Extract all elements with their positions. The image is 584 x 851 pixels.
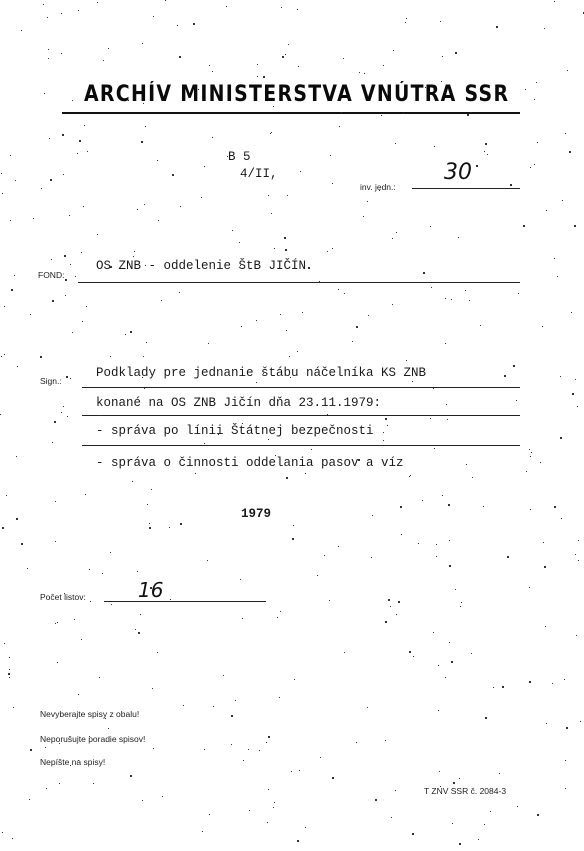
scan-speck: [434, 146, 435, 147]
scan-speck: [466, 464, 467, 465]
sign-line-3: - správa po línii Štátnej bezpečnosti: [96, 424, 374, 438]
scan-speck: [289, 373, 290, 374]
scan-speck: [447, 419, 448, 420]
scan-speck: [504, 375, 506, 377]
scan-speck: [209, 814, 210, 815]
scan-speck: [442, 495, 443, 496]
scan-speck: [359, 72, 360, 73]
scan-speck: [542, 326, 543, 327]
sheet-count-rule: [104, 601, 266, 602]
scan-speck: [529, 587, 530, 588]
scan-speck: [544, 566, 546, 568]
scan-speck: [72, 100, 73, 101]
scan-speck: [70, 765, 71, 766]
scan-speck: [543, 542, 544, 543]
scan-speck: [467, 114, 469, 116]
scan-speck: [356, 742, 357, 743]
scan-speck: [471, 653, 472, 654]
scan-speck: [398, 601, 400, 603]
scan-speck: [48, 58, 49, 59]
scan-speck: [564, 679, 565, 680]
scan-speck: [441, 81, 442, 82]
scan-speck: [406, 360, 407, 361]
scan-speck: [282, 88, 283, 89]
scan-speck: [546, 723, 547, 724]
scan-speck: [82, 321, 83, 322]
scan-speck: [438, 710, 439, 711]
scan-speck: [338, 546, 339, 547]
scan-speck: [406, 18, 407, 19]
scan-speck: [204, 749, 205, 750]
scan-speck: [436, 556, 437, 557]
scan-speck: [213, 706, 214, 707]
scan-speck: [422, 500, 423, 501]
scan-speck: [2, 527, 4, 529]
scan-speck: [108, 48, 109, 49]
scan-speck: [99, 677, 100, 678]
scan-speck: [554, 258, 555, 259]
scan-speck: [545, 626, 546, 627]
scan-speck: [571, 312, 572, 313]
scan-speck: [67, 416, 68, 417]
scan-speck: [297, 840, 299, 842]
scan-speck: [525, 89, 526, 90]
scan-speck: [438, 665, 439, 666]
scan-speck: [317, 575, 318, 576]
scan-speck: [29, 799, 30, 800]
sheet-count-value: 16: [138, 578, 163, 602]
scan-speck: [273, 106, 274, 107]
scan-speck: [332, 777, 334, 779]
scan-speck: [9, 669, 10, 670]
scan-speck: [292, 538, 294, 540]
scan-speck: [444, 177, 445, 178]
scan-speck: [87, 151, 88, 152]
scan-speck: [105, 718, 106, 719]
scan-speck: [17, 366, 18, 367]
scan-speck: [430, 418, 431, 419]
scan-speck: [204, 443, 205, 444]
scan-speck: [485, 717, 487, 719]
scan-speck: [27, 568, 28, 569]
scan-speck: [393, 50, 394, 51]
scan-speck: [372, 515, 373, 516]
sign-rule-1: [82, 387, 520, 388]
scan-speck: [84, 125, 85, 126]
scan-speck: [61, 13, 62, 14]
scan-speck: [231, 744, 232, 745]
scan-speck: [266, 742, 267, 743]
scan-speck: [324, 555, 325, 556]
scan-speck: [125, 334, 126, 335]
scan-speck: [330, 155, 331, 156]
scan-speck: [484, 824, 485, 825]
scan-speck: [281, 7, 282, 8]
scan-speck: [294, 679, 295, 680]
scan-speck: [63, 406, 64, 407]
scan-speck: [566, 727, 568, 729]
scan-speck: [451, 299, 452, 300]
scan-speck: [53, 380, 54, 381]
scan-speck: [241, 326, 242, 327]
scan-speck: [46, 788, 47, 789]
scan-speck: [243, 760, 244, 761]
scan-speck: [59, 783, 60, 784]
scan-speck: [133, 256, 134, 257]
scan-speck: [401, 534, 402, 535]
scan-speck: [396, 232, 397, 233]
scan-speck: [299, 770, 300, 771]
scan-speck: [180, 523, 182, 525]
scan-speck: [425, 87, 426, 88]
scan-speck: [458, 237, 459, 238]
scan-speck: [52, 300, 54, 302]
scan-speck: [240, 265, 241, 266]
scan-speck: [291, 771, 292, 772]
scan-speck: [235, 700, 236, 701]
scan-speck: [436, 544, 437, 545]
scan-speck: [208, 343, 209, 344]
scan-speck: [257, 76, 258, 77]
scan-speck: [392, 304, 393, 305]
scan-speck: [557, 276, 558, 277]
scan-speck: [375, 799, 377, 801]
scan-speck: [523, 225, 525, 227]
scan-speck: [144, 388, 145, 389]
scan-speck: [61, 53, 62, 54]
scan-speck: [537, 814, 539, 816]
form-code: T ZNV SSR č. 2084-3: [424, 786, 506, 796]
scan-speck: [4, 354, 5, 355]
scan-speck: [162, 796, 163, 797]
scan-speck: [212, 137, 213, 138]
scan-speck: [405, 22, 406, 23]
scan-speck: [440, 21, 441, 22]
scan-speck: [1, 173, 2, 174]
scan-speck: [146, 342, 147, 343]
scan-speck: [368, 315, 369, 316]
scan-speck: [81, 252, 82, 253]
scan-speck: [526, 471, 527, 472]
scan-speck: [132, 481, 133, 482]
scan-speck: [204, 166, 205, 167]
scan-speck: [142, 43, 143, 44]
scan-speck: [387, 425, 388, 426]
scan-speck: [66, 376, 68, 378]
scan-speck: [147, 504, 148, 505]
scan-speck: [343, 58, 344, 59]
scan-speck: [93, 783, 94, 784]
scan-speck: [279, 697, 280, 698]
scan-speck: [267, 822, 268, 823]
scan-speck: [263, 373, 264, 374]
scan-speck: [544, 28, 545, 29]
scan-speck: [385, 740, 386, 741]
scan-speck: [453, 782, 455, 784]
scan-speck: [79, 140, 81, 142]
scan-speck: [153, 748, 154, 749]
scan-speck: [212, 71, 213, 72]
scan-speck: [102, 573, 103, 574]
scan-speck: [565, 788, 566, 789]
scan-speck: [4, 306, 5, 307]
scan-speck: [141, 141, 143, 143]
scan-speck: [137, 209, 138, 210]
scan-speck: [383, 432, 384, 433]
fond-label: FOND:: [38, 270, 64, 280]
scan-speck: [433, 388, 434, 389]
scan-speck: [268, 195, 269, 196]
scan-speck: [451, 661, 453, 663]
scan-speck: [45, 747, 46, 748]
scan-speck: [108, 728, 109, 729]
scan-speck: [70, 264, 71, 265]
scan-speck: [63, 174, 64, 175]
instruction-3: Nepíšte na spisy!: [40, 757, 105, 767]
scan-speck: [455, 52, 457, 54]
scan-speck: [572, 393, 574, 395]
scan-speck: [412, 381, 413, 382]
scan-speck: [320, 757, 321, 758]
scan-speck: [157, 160, 158, 161]
scan-speck: [11, 289, 13, 291]
scan-speck: [431, 287, 432, 288]
scan-speck: [40, 356, 42, 358]
scan-speck: [507, 556, 509, 558]
scan-speck: [499, 773, 500, 774]
scan-speck: [395, 143, 396, 144]
scan-speck: [90, 601, 91, 602]
scan-speck: [268, 736, 270, 738]
scan-speck: [540, 462, 541, 463]
scan-speck: [560, 437, 562, 439]
scan-speck: [85, 494, 86, 495]
scan-speck: [263, 76, 265, 78]
scan-speck: [248, 749, 249, 750]
scan-speck: [352, 341, 353, 342]
scan-speck: [561, 518, 562, 519]
scan-speck: [240, 579, 241, 580]
scan-speck: [55, 623, 56, 624]
scan-speck: [135, 629, 136, 630]
scan-speck: [289, 356, 290, 357]
scan-speck: [367, 707, 368, 708]
scan-speck: [319, 281, 320, 282]
scan-speck: [445, 298, 446, 299]
scan-speck: [157, 652, 158, 653]
scan-speck: [297, 9, 298, 10]
scan-speck: [207, 560, 208, 561]
scan-speck: [460, 606, 461, 607]
scan-speck: [226, 6, 227, 7]
scan-speck: [128, 100, 129, 101]
scan-speck: [284, 237, 286, 239]
scan-speck: [51, 259, 52, 260]
inventory-label: inv. jedn.:: [360, 182, 396, 192]
scan-speck: [344, 652, 345, 653]
scan-speck: [6, 495, 7, 496]
scan-speck: [4, 643, 5, 644]
scan-speck: [142, 800, 143, 801]
scan-speck: [150, 587, 152, 589]
scan-speck: [400, 506, 402, 508]
scan-speck: [274, 802, 275, 803]
scan-speck: [161, 300, 162, 301]
scan-speck: [580, 721, 581, 722]
scan-speck: [74, 619, 75, 620]
scan-speck: [510, 184, 512, 186]
scan-speck: [151, 489, 152, 490]
scan-speck: [423, 272, 425, 274]
scan-speck: [144, 204, 145, 205]
scan-speck: [290, 377, 291, 378]
scan-speck: [513, 365, 515, 367]
scan-speck: [43, 4, 44, 5]
scan-speck: [193, 23, 195, 25]
scan-speck: [569, 151, 571, 153]
scan-speck: [472, 477, 473, 478]
scan-speck: [305, 473, 306, 474]
scan-speck: [232, 230, 233, 231]
scan-speck: [89, 569, 90, 570]
sign-line-1: Podklady pre jednanie štábu náčelníka KS…: [96, 366, 426, 380]
scan-speck: [268, 789, 269, 790]
scan-speck: [83, 206, 84, 207]
scan-speck: [33, 218, 34, 219]
scan-speck: [293, 525, 294, 526]
scan-speck: [72, 332, 73, 333]
scan-speck: [49, 138, 50, 139]
scan-speck: [391, 817, 392, 818]
inventory-rule: [412, 188, 520, 189]
scan-speck: [69, 215, 70, 216]
scan-speck: [9, 677, 10, 678]
scan-speck: [418, 543, 419, 544]
scan-speck: [554, 506, 556, 508]
scan-speck: [530, 167, 531, 168]
sign-rule-2: [82, 415, 520, 416]
scan-speck: [65, 295, 66, 296]
scan-speck: [249, 810, 250, 811]
sheet-count-label: Počet listov:: [40, 592, 86, 602]
scan-speck: [305, 827, 306, 828]
scan-speck: [575, 554, 576, 555]
scan-speck: [13, 707, 14, 708]
scan-speck: [344, 293, 345, 294]
scan-speck: [575, 379, 576, 380]
scan-speck: [271, 213, 272, 214]
scan-speck: [78, 10, 79, 11]
scan-speck: [239, 242, 240, 243]
scan-speck: [446, 404, 447, 405]
scan-speck: [153, 16, 154, 17]
scan-speck: [282, 56, 284, 58]
scan-speck: [410, 475, 411, 476]
scan-speck: [379, 190, 380, 191]
scan-speck: [339, 126, 340, 127]
scan-speck: [530, 456, 531, 457]
scan-speck: [274, 248, 275, 249]
instruction-1: Nevyberajte spisy z obalu!: [40, 709, 139, 719]
scan-speck: [78, 694, 79, 695]
scan-speck: [9, 657, 10, 658]
scan-speck: [274, 375, 275, 376]
scan-speck: [137, 571, 138, 572]
scan-speck: [47, 17, 48, 18]
scan-speck: [327, 251, 328, 252]
scan-speck: [469, 300, 470, 301]
scan-speck: [341, 112, 342, 113]
scan-speck: [44, 93, 45, 94]
scan-speck: [285, 249, 287, 251]
scan-speck: [574, 225, 576, 227]
scan-speck: [14, 275, 15, 276]
scan-speck: [562, 200, 563, 201]
scan-speck: [286, 477, 288, 479]
scan-speck: [332, 183, 333, 184]
scan-speck: [385, 621, 387, 623]
scan-speck: [385, 418, 387, 420]
scan-speck: [412, 833, 414, 835]
scan-speck: [65, 279, 67, 281]
scan-speck: [434, 448, 435, 449]
scan-speck: [531, 452, 532, 453]
scan-speck: [134, 251, 135, 252]
scan-speck: [78, 760, 79, 761]
scan-speck: [89, 736, 90, 737]
scan-speck: [202, 831, 203, 832]
scan-speck: [223, 675, 224, 676]
scan-speck: [138, 632, 140, 634]
scan-speck: [459, 843, 461, 845]
scan-speck: [537, 142, 538, 143]
scan-speck: [142, 377, 143, 378]
scan-speck: [452, 823, 453, 824]
scan-speck: [371, 557, 372, 558]
scan-speck: [300, 171, 301, 172]
scan-speck: [356, 326, 358, 328]
scan-speck: [286, 330, 287, 331]
scan-speck: [280, 314, 281, 315]
scan-speck: [158, 220, 159, 221]
scan-speck: [536, 82, 537, 83]
scan-speck: [484, 151, 485, 152]
scan-speck: [10, 155, 11, 156]
sign-label: Sign.:: [40, 376, 62, 386]
scan-speck: [57, 662, 58, 663]
scan-speck: [8, 673, 10, 675]
scan-speck: [470, 112, 471, 113]
scan-speck: [383, 440, 384, 441]
scan-speck: [275, 455, 276, 456]
scan-speck: [169, 527, 170, 528]
scan-speck: [62, 134, 64, 136]
scan-speck: [285, 54, 286, 55]
scan-speck: [440, 786, 441, 787]
scan-speck: [277, 617, 278, 618]
scan-speck: [565, 760, 566, 761]
sign-line-2: konané na OS ZNB Jičín dňa 23.11.1979:: [96, 396, 381, 410]
scan-speck: [445, 677, 446, 678]
scan-speck: [485, 143, 487, 145]
scan-speck: [30, 314, 31, 315]
scan-speck: [338, 289, 339, 290]
scan-speck: [367, 201, 368, 202]
scan-speck: [179, 292, 180, 293]
scan-speck: [552, 683, 553, 684]
fond-rule: [78, 282, 520, 283]
scan-speck: [298, 66, 299, 67]
